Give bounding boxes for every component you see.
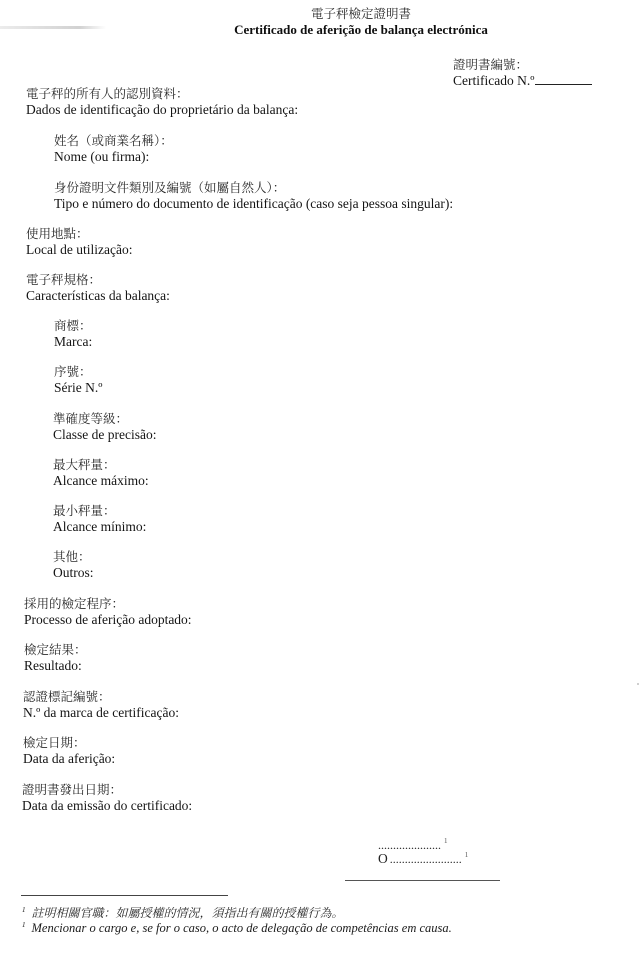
field-verification-procedure: 採用的檢定程序： Processo de aferição adoptado:: [24, 596, 192, 628]
certificate-number-blank: [535, 73, 592, 85]
field-label-zh: 商標：: [54, 318, 92, 334]
field-result: 檢定結果： Resultado:: [24, 642, 87, 674]
footnotes: 1註明相關官職：如屬授權的情況，須指出有關的授權行為。 1Mencionar o…: [22, 903, 452, 933]
field-label-zh: 最大秤量：: [53, 457, 149, 473]
field-label-zh: 電子秤規格：: [26, 272, 170, 288]
field-label-pt: Alcance mínimo:: [53, 519, 146, 535]
signature-prefix: O: [378, 851, 388, 866]
field-label-pt: Data da emissão do certificado:: [22, 798, 192, 814]
field-label-zh: 使用地點：: [26, 226, 132, 242]
document-title: 電子秤檢定證明書 Certificado de aferição de bala…: [161, 5, 561, 38]
footnote-ref-2: 1: [465, 851, 469, 859]
field-label-pt: Data da aferição:: [23, 751, 115, 767]
field-id-document: 身份證明文件類別及編號（如屬自然人）： Tipo e número do doc…: [54, 180, 453, 212]
field-label-zh: 檢定日期：: [23, 735, 115, 751]
scan-artifact: [0, 26, 106, 29]
field-issue-date: 證明書發出日期： Data da emissão do certificado:: [22, 782, 192, 814]
signature-block: .....................1 O................…: [378, 834, 468, 862]
scanned-form-page: 電子秤檢定證明書 Certificado de aferição de bala…: [0, 0, 644, 959]
field-brand: 商標： Marca:: [54, 318, 92, 350]
field-label-pt: Processo de aferição adoptado:: [24, 612, 192, 628]
footnote-divider: [21, 895, 228, 896]
field-label-zh: 證明書發出日期：: [22, 782, 192, 798]
field-certification-mark-number: 認證標記編號： N.º da marca de certificação:: [23, 689, 179, 721]
field-precision-class: 準確度等級： Classe de precisão:: [53, 411, 156, 443]
field-label-pt: Características da balança:: [26, 288, 170, 304]
footnote-zh: 1註明相關官職：如屬授權的情況，須指出有關的授權行為。: [22, 903, 452, 918]
field-label-pt: Marca:: [54, 334, 92, 350]
footnote-pt: 1Mencionar o cargo e, se for o caso, o a…: [22, 918, 452, 933]
signature-line-1: .....................1: [378, 834, 468, 848]
certificate-number-label-zh: 證明書編號：: [453, 57, 592, 73]
field-name: 姓名（或商業名稱）： Nome (ou firma):: [54, 133, 173, 165]
field-label-pt: Tipo e número do documento de identifica…: [54, 196, 453, 212]
certificate-number-label-pt-text: Certificado N.º: [453, 73, 534, 88]
field-label-zh: 準確度等級：: [53, 411, 156, 427]
field-label-pt: Resultado:: [24, 658, 87, 674]
field-label-pt: Nome (ou firma):: [54, 149, 173, 165]
footnote-marker: 1: [22, 906, 26, 914]
field-characteristics: 電子秤規格： Características da balança:: [26, 272, 170, 304]
footnote-marker: 1: [22, 921, 26, 929]
field-owner-identification: 電子秤的所有人的認別資料： Dados de identificação do …: [26, 86, 298, 118]
field-label-pt: Outros:: [53, 565, 94, 581]
field-label-pt: Classe de precisão:: [53, 427, 156, 443]
field-label-zh: 身份證明文件類別及編號（如屬自然人）：: [54, 180, 453, 196]
footnote-ref-1: 1: [444, 837, 448, 845]
field-max-capacity: 最大秤量： Alcance máximo:: [53, 457, 149, 489]
field-verification-date: 檢定日期： Data da aferição:: [23, 735, 115, 767]
field-min-capacity: 最小秤量： Alcance mínimo:: [53, 503, 146, 535]
field-label-pt: Local de utilização:: [26, 242, 132, 258]
field-label-pt: Série N.º: [54, 380, 102, 396]
field-label-zh: 最小秤量：: [53, 503, 146, 519]
signature-line: [345, 880, 500, 881]
field-label-zh: 序號：: [54, 364, 102, 380]
field-serial-number: 序號： Série N.º: [54, 364, 102, 396]
field-label-pt: Alcance máximo:: [53, 473, 149, 489]
field-location: 使用地點： Local de utilização:: [26, 226, 132, 258]
scan-speck: [637, 683, 639, 685]
field-label-zh: 檢定結果：: [24, 642, 87, 658]
title-chinese: 電子秤檢定證明書: [161, 5, 561, 22]
field-label-zh: 認證標記編號：: [23, 689, 179, 705]
certificate-number: 證明書編號： Certificado N.º: [453, 57, 592, 89]
field-label-pt: Dados de identificação do proprietário d…: [26, 102, 298, 118]
certificate-number-label-pt: Certificado N.º: [453, 73, 592, 89]
field-label-pt: N.º da marca de certificação:: [23, 705, 179, 721]
field-label-zh: 採用的檢定程序：: [24, 596, 192, 612]
field-label-zh: 其他：: [53, 549, 94, 565]
field-label-zh: 電子秤的所有人的認別資料：: [26, 86, 298, 102]
signature-line-2: O........................1: [378, 848, 468, 862]
signature-dots-2: ........................: [390, 852, 462, 866]
title-portuguese: Certificado de aferição de balança elect…: [161, 22, 561, 38]
field-label-zh: 姓名（或商業名稱）：: [54, 133, 173, 149]
field-others: 其他： Outros:: [53, 549, 94, 581]
footnote-text-pt: Mencionar o cargo e, se for o caso, o ac…: [32, 921, 452, 935]
